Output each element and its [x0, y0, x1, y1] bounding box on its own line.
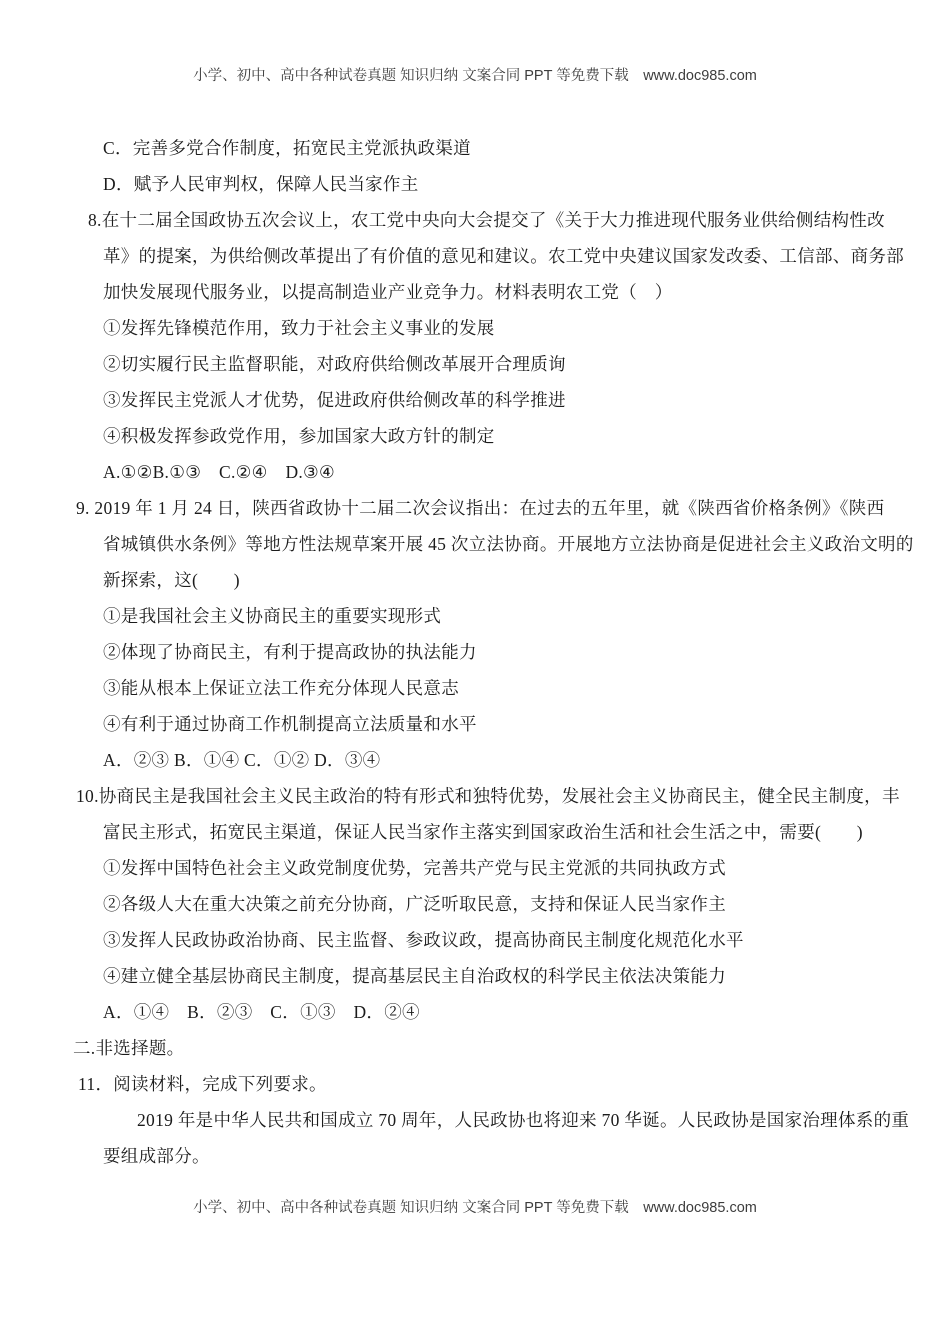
q8-stem-line-3: 加快发展现代服务业，以提高制造业产业竞争力。材料表明农工党（ ）	[0, 274, 950, 310]
q9-item-1: ①是我国社会主义协商民主的重要实现形式	[0, 598, 950, 634]
q9-item-3: ③能从根本上保证立法工作充分体现人民意志	[0, 670, 950, 706]
q9-stem-line-3: 新探索，这( )	[0, 562, 950, 598]
q8-item-3: ③发挥民主党派人才优势，促进政府供给侧改革的科学推进	[0, 382, 950, 418]
q8-item-4: ④积极发挥参政党作用，参加国家大政方针的制定	[0, 418, 950, 454]
q8-item-2: ②切实履行民主监督职能，对政府供给侧改革展开合理质询	[0, 346, 950, 382]
q7-option-c: C．完善多党合作制度，拓宽民主党派执政渠道	[0, 130, 950, 166]
q10-item-4: ④建立健全基层协商民主制度，提高基层民主自治政权的科学民主依法决策能力	[0, 958, 950, 994]
q10-item-3: ③发挥人民政协政治协商、民主监督、参政议政，提高协商民主制度化规范化水平	[0, 922, 950, 958]
q9-answer-choices: A．②③ B．①④ C．①② D．③④	[0, 742, 950, 778]
q8-stem-line-2: 革》的提案，为供给侧改革提出了有价值的意见和建议。农工党中央建议国家发改委、工信…	[0, 238, 950, 274]
header-watermark: 小学、初中、高中各种试卷真题 知识归纳 文案合同 PPT 等免费下载 www.d…	[0, 64, 950, 85]
q10-item-1: ①发挥中国特色社会主义政党制度优势，完善共产党与民主党派的共同执政方式	[0, 850, 950, 886]
q10-stem-line-2: 富民主形式，拓宽民主渠道，保证人民当家作主落实到国家政治生活和社会生活之中，需要…	[0, 814, 950, 850]
q8-item-1: ①发挥先锋模范作用，致力于社会主义事业的发展	[0, 310, 950, 346]
exam-page-body: C．完善多党合作制度，拓宽民主党派执政渠道 D．赋予人民审判权，保障人民当家作主…	[0, 130, 950, 1174]
q9-item-4: ④有利于通过协商工作机制提高立法质量和水平	[0, 706, 950, 742]
q11-material-line-1: 2019 年是中华人民共和国成立 70 周年，人民政协也将迎来 70 华诞。人民…	[0, 1102, 950, 1138]
q10-stem-line-1: 10.协商民主是我国社会主义民主政治的特有形式和独特优势，发展社会主义协商民主，…	[0, 778, 950, 814]
q9-item-2: ②体现了协商民主，有利于提高政协的执法能力	[0, 634, 950, 670]
section-2-heading: 二.非选择题。	[0, 1030, 950, 1066]
q9-stem-line-2: 省城镇供水条例》等地方性法规草案开展 45 次立法协商。开展地方立法协商是促进社…	[0, 526, 950, 562]
q9-stem-line-1: 9. 2019 年 1 月 24 日，陕西省政协十二届二次会议指出：在过去的五年…	[0, 490, 950, 526]
q10-item-2: ②各级人大在重大决策之前充分协商，广泛听取民意，支持和保证人民当家作主	[0, 886, 950, 922]
q11-material-line-2: 要组成部分。	[0, 1138, 950, 1174]
footer-watermark: 小学、初中、高中各种试卷真题 知识归纳 文案合同 PPT 等免费下载 www.d…	[0, 1196, 950, 1217]
q7-option-d: D．赋予人民审判权，保障人民当家作主	[0, 166, 950, 202]
q11-intro-line: 11．阅读材料，完成下列要求。	[0, 1066, 950, 1102]
q8-stem-line-1: 8.在十二届全国政协五次会议上，农工党中央向大会提交了《关于大力推进现代服务业供…	[0, 202, 950, 238]
q10-answer-choices: A．①④ B．②③ C．①③ D．②④	[0, 994, 950, 1030]
q8-answer-choices: A.①②B.①③ C.②④ D.③④	[0, 454, 950, 490]
